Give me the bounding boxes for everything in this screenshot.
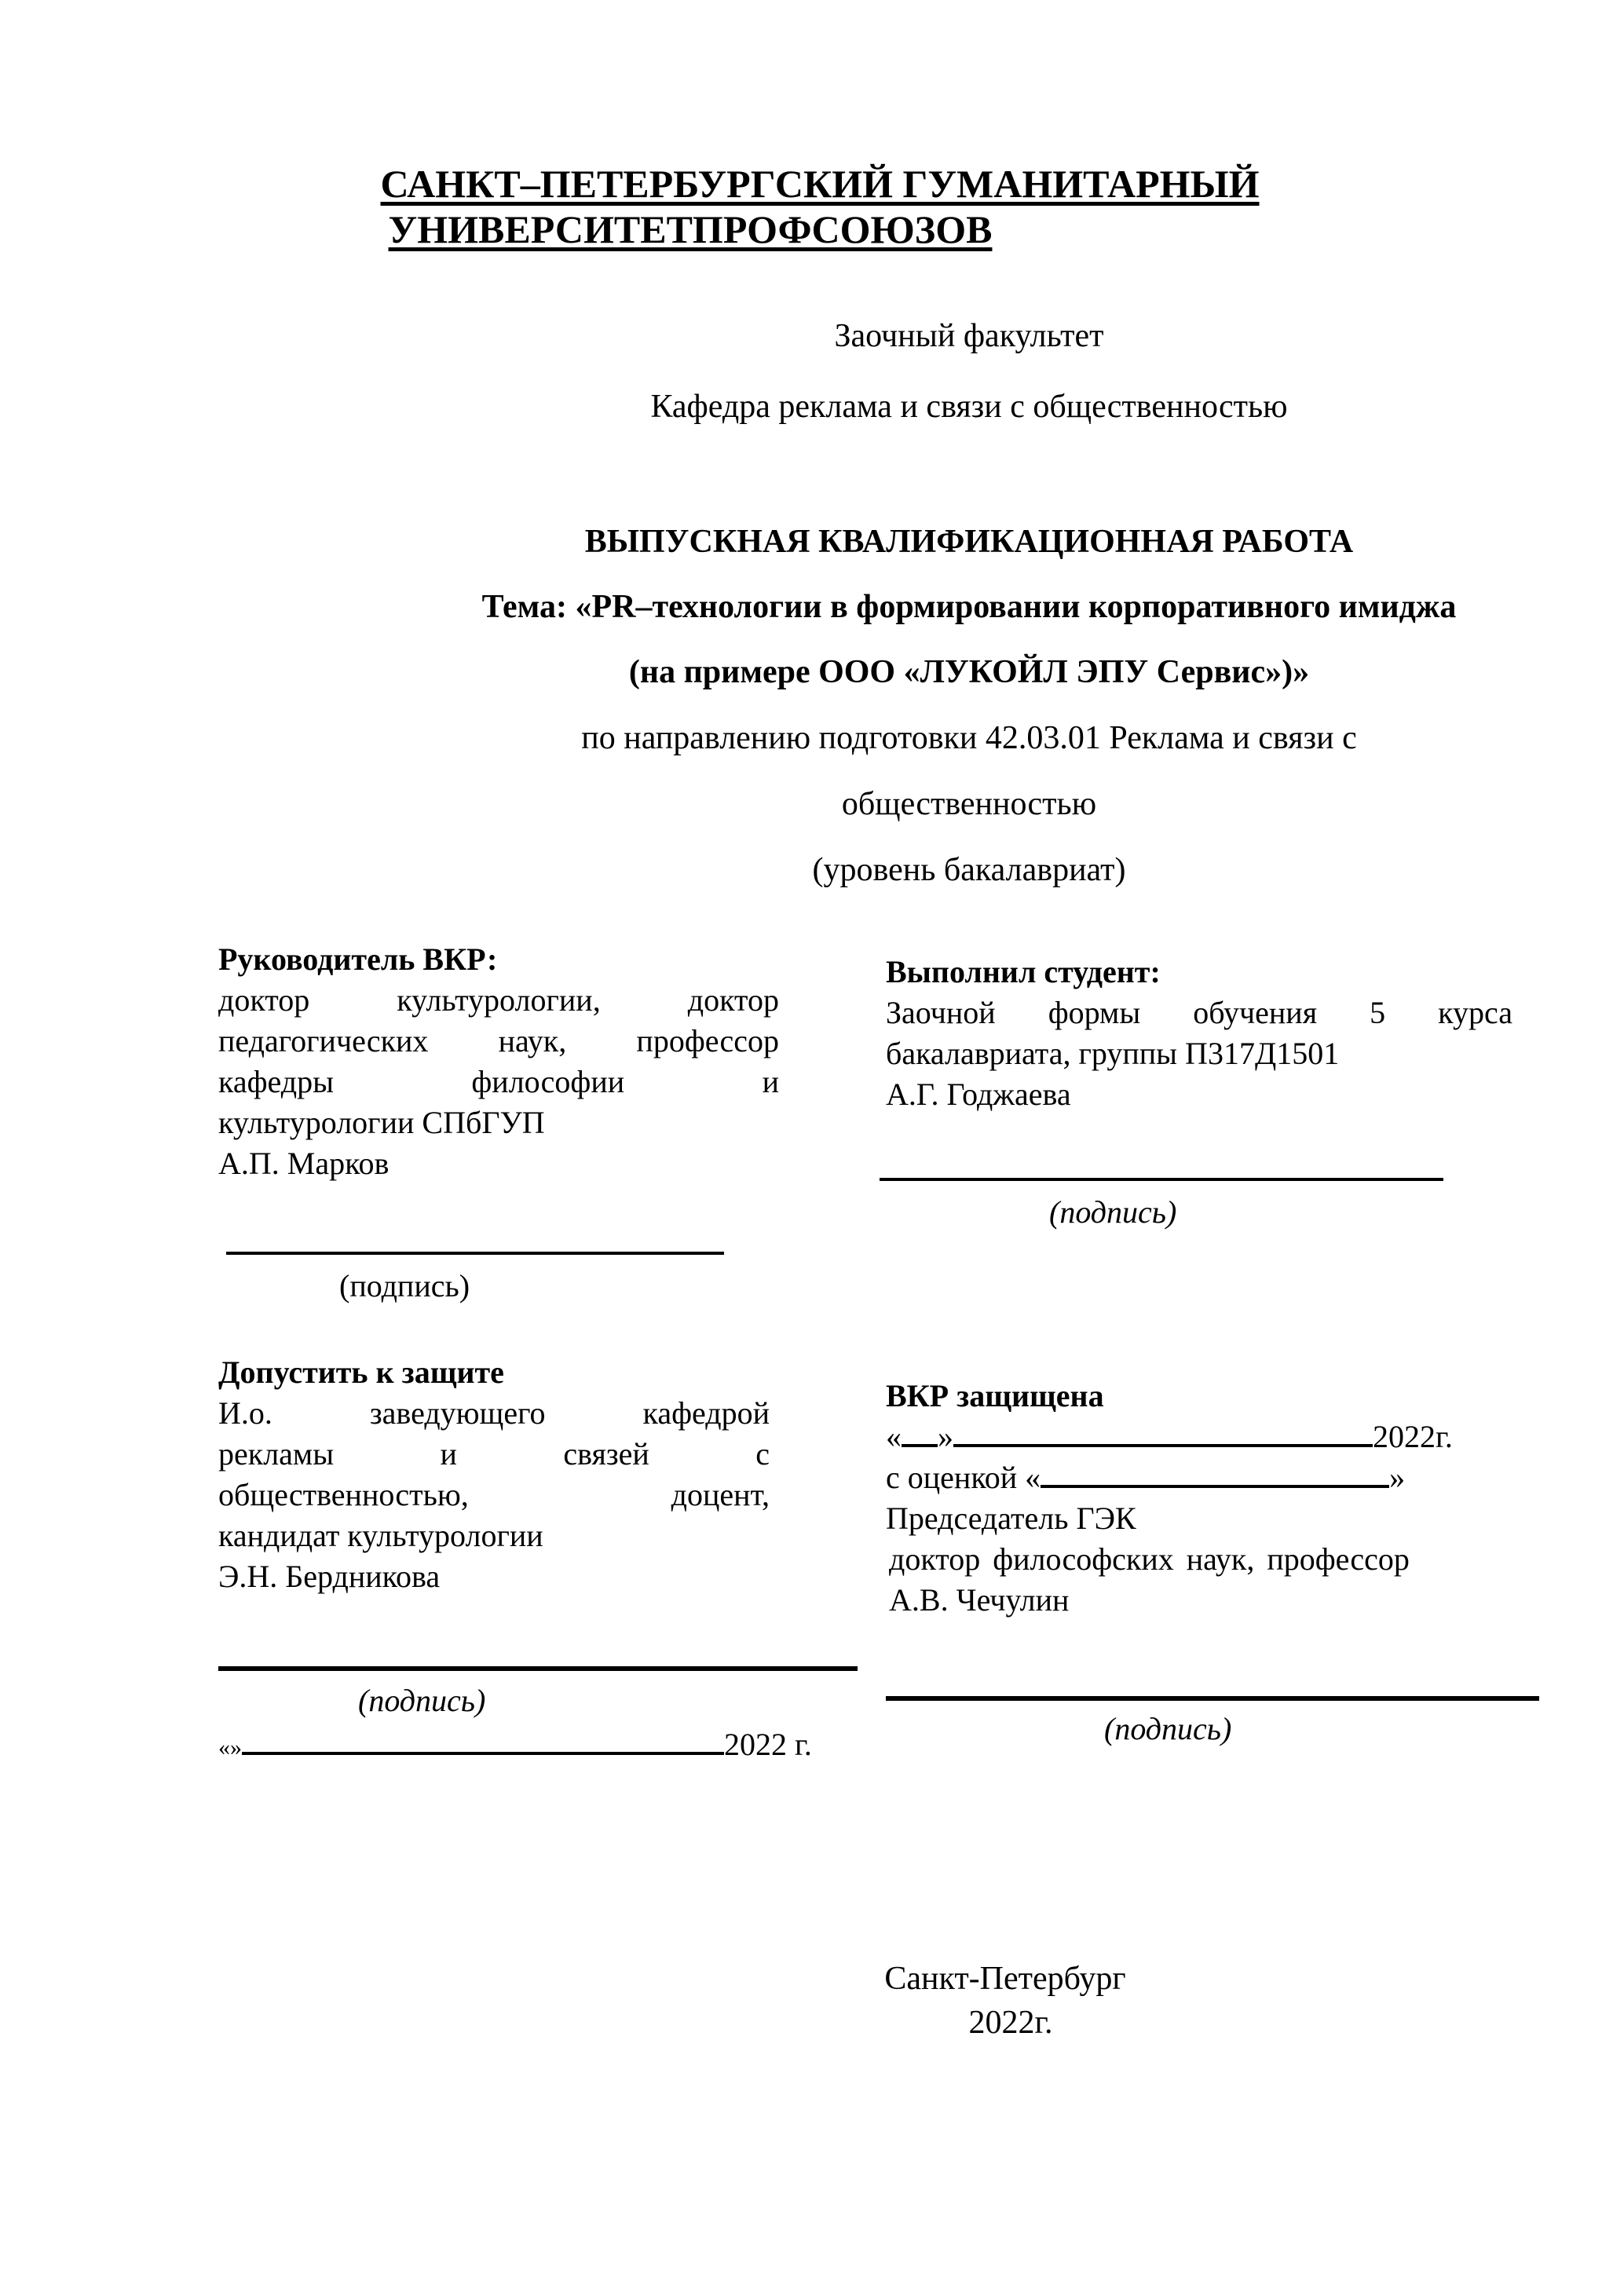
defense-date-year: 2022г.	[1373, 1419, 1453, 1454]
supervisor-line: кафедры философии и	[218, 1062, 779, 1102]
student-name: А.Г. Годжаева	[886, 1074, 1512, 1115]
supervisor-heading: Руководитель ВКР:	[218, 939, 779, 980]
student-block: Выполнил студент: Заочной формы обучения…	[886, 952, 1512, 1115]
footer-city-text: Санкт-Петербург	[884, 1961, 1125, 1997]
supervisor-signature-caption: (подпись)	[339, 1266, 470, 1307]
faculty: Заочный факультет	[157, 314, 1624, 358]
admission-date-line: «»2022 г.	[218, 1724, 812, 1768]
defense-date-line: «»2022г.	[886, 1417, 1538, 1457]
defense-chair-degree: доктор философских наук, профессор	[886, 1539, 1538, 1580]
university-name-line2-text: УНИВЕРСИТЕТПРОФСОЮЗОВ	[389, 207, 993, 251]
admission-date-year: 2022 г.	[724, 1727, 812, 1762]
topic-line2: (на примере ООО «ЛУКОЙЛ ЭПУ Сервис»)»	[157, 650, 1624, 694]
admission-date-field[interactable]	[242, 1725, 724, 1755]
admission-heading: Допустить к защите	[218, 1352, 770, 1393]
defense-block: ВКР защищена «»2022г. с оценкой «» Предс…	[886, 1376, 1538, 1621]
supervisor-line: педагогических наук, профессор	[218, 1021, 779, 1062]
defense-grade-close-quote: »	[1389, 1460, 1405, 1495]
direction-line1: по направлению подготовки 42.03.01 Рекла…	[157, 716, 1624, 760]
supervisor-block: Руководитель ВКР: доктор культурологии, …	[218, 939, 779, 1184]
admission-signature-line[interactable]	[218, 1666, 858, 1671]
supervisor-name: А.П. Марков	[218, 1143, 779, 1184]
student-heading: Выполнил студент:	[886, 952, 1512, 993]
defense-month-field[interactable]	[953, 1417, 1373, 1447]
admission-line: И.о. заведующего кафедрой	[218, 1393, 770, 1434]
supervisor-line: доктор культурологии, доктор	[218, 980, 779, 1021]
admission-block: Допустить к защите И.о. заведующего кафе…	[218, 1352, 770, 1597]
university-name-line1-text: САНКТ–ПЕТЕРБУРГСКИЙ ГУМАНИТАРНЫЙ	[380, 162, 1259, 206]
supervisor-line: культурологии СПбГУП	[218, 1102, 779, 1143]
defense-heading: ВКР защищена	[886, 1376, 1538, 1417]
admission-line: кандидат культурологии	[218, 1515, 770, 1556]
footer-year-text: 2022г.	[969, 2005, 1053, 2041]
admission-line: общественностью, доцент,	[218, 1475, 770, 1515]
defense-signature-line[interactable]	[886, 1696, 1539, 1701]
department: Кафедра реклама и связи с общественность…	[157, 385, 1624, 429]
footer-city: Санкт-Петербург	[0, 1957, 1624, 2001]
footer-year: 2022г.	[0, 2001, 1624, 2045]
student-line: бакалавриата, группы П317Д1501	[886, 1033, 1512, 1074]
student-signature-line[interactable]	[880, 1178, 1443, 1181]
admission-name: Э.Н. Бердникова	[218, 1556, 770, 1597]
work-type-title: ВЫПУСКНАЯ КВАЛИФИКАЦИОННАЯ РАБОТА	[157, 520, 1624, 564]
defense-day-field[interactable]	[902, 1417, 938, 1447]
university-name-line2: УНИВЕРСИТЕТПРОФСОЮЗОВ	[0, 206, 1624, 253]
defense-grade-line: с оценкой «»	[886, 1457, 1538, 1498]
university-name-line1: САНКТ–ПЕТЕРБУРГСКИЙ ГУМАНИТАРНЫЙ	[0, 160, 1624, 207]
defense-date-close-quote: »	[938, 1419, 953, 1454]
education-level: (уровень бакалавриат)	[157, 848, 1624, 892]
supervisor-signature-line[interactable]	[226, 1252, 724, 1255]
student-line: Заочной формы обучения 5 курса	[886, 993, 1512, 1033]
defense-grade-label: с оценкой «	[886, 1460, 1041, 1495]
admission-line: рекламы и связей с	[218, 1434, 770, 1475]
defense-signature-caption: (подпись)	[1104, 1709, 1231, 1749]
defense-grade-field[interactable]	[1041, 1458, 1389, 1488]
defense-date-open-quote: «	[886, 1419, 902, 1454]
admission-signature-caption: (подпись)	[358, 1680, 485, 1721]
defense-chair-title: Председатель ГЭК	[886, 1498, 1538, 1539]
admission-date-quotes: «»	[218, 1735, 242, 1760]
direction-line2: общественностью	[157, 782, 1624, 826]
student-signature-caption: (подпись)	[1049, 1192, 1176, 1233]
defense-chair-name: А.В. Чечулин	[886, 1580, 1538, 1621]
topic-line1: Тема: «PR–технологии в формировании корп…	[157, 585, 1624, 629]
